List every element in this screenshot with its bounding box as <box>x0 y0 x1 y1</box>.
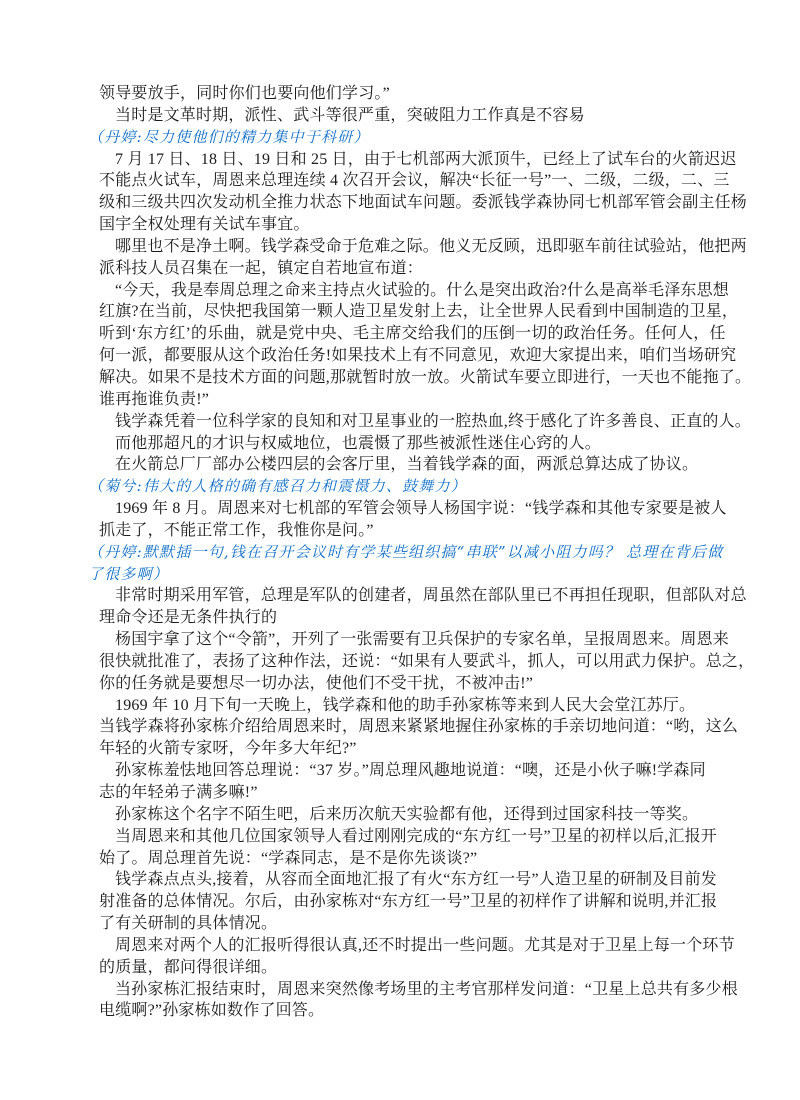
text-line: 你的任务就是要想尽一切办法，使他们不受干扰，不被冲击!” <box>99 673 759 695</box>
text-line: 7 月 17 日、18 日、19 日和 25 日，由于七机部两大派顶牛，已经上了… <box>99 149 759 171</box>
text-line: 非常时期采用军管，总理是军队的创建者，周虽然在部队里已不再担任现职，但部队对总 <box>99 585 759 607</box>
text-line: 孙家栋羞怯地回答总理说：“37 岁。”周总理风趣地说道：“噢，还是小伙子嘛!学森… <box>99 760 759 782</box>
text-line: 国宇全权处理有关试车事宜。 <box>99 214 759 236</box>
text-line: 志的年轻弟子满多嘛!” <box>99 782 759 804</box>
text-line: 年轻的火箭专家呀，今年多大年纪?” <box>99 738 759 760</box>
text-line: 理命令还是无条件执行的 <box>99 607 759 629</box>
annotation-line: （丹婷:默默插一句,钱在召开会议时有学某些组织搞“串联”以减小阻力吗？ 总理在背… <box>88 542 759 564</box>
document-page: 领导要放手，同时你们也要向他们学习。”当时是文革时期，派性、武斗等很严重，突破阻… <box>0 0 800 1100</box>
text-line: 始了。周总理首先说：“学森同志，是不是你先谈谈?” <box>99 848 759 870</box>
text-line: 钱学森点点头,接着，从容而全面地汇报了有火“东方红一号”人造卫星的研制及目前发 <box>99 869 759 891</box>
annotation-line: （丹婷:尽力使他们的精力集中于科研） <box>88 127 759 149</box>
text-line: “今天，我是奉周总理之命来主持点火试验的。什么是突出政治?什么是高举毛泽东思想 <box>99 280 759 302</box>
text-line: 1969 年 8 月。周恩来对七机部的军管会领导人杨国宇说：“钱学森和其他专家要… <box>99 498 759 520</box>
text-line: 抓走了，不能正常工作，我惟你是问。” <box>99 520 759 542</box>
text-line: 当孙家栋汇报结束时，周恩来突然像考场里的主考官那样发问道：“卫星上总共有多少根 <box>99 979 759 1001</box>
text-line: 了有关研制的具体情况。 <box>99 913 759 935</box>
text-line: 杨国宇拿了这个“令箭”，开列了一张需要有卫兵保护的专家名单，呈报周恩来。周恩来 <box>99 629 759 651</box>
text-line: 射准备的总体情况。尔后，由孙家栋对“东方红一号”卫星的初样作了讲解和说明,并汇报 <box>99 891 759 913</box>
text-line: 当钱学森将孙家栋介绍给周恩来时，周恩来紧紧地握住孙家栋的手亲切地问道：“哟，这么 <box>99 716 759 738</box>
text-line: 谁再拖谁负责!” <box>99 389 759 411</box>
text-line: 的质量，都问得很详细。 <box>99 957 759 979</box>
text-line: 派科技人员召集在一起，镇定自若地宣布道： <box>99 258 759 280</box>
text-line: 听到‘东方红’的乐曲，就是党中央、毛主席交给我们的压倒一切的政治任务。任何人，任 <box>99 323 759 345</box>
document-body: 领导要放手，同时你们也要向他们学习。”当时是文革时期，派性、武斗等很严重，突破阻… <box>99 83 759 1022</box>
text-line: 在火箭总厂厂部办公楼四层的会客厅里，当着钱学森的面，两派总算达成了协议。 <box>99 454 759 476</box>
annotation-line: 了很多啊） <box>88 564 759 586</box>
text-line: 而他那超凡的才识与权威地位，也震慑了那些被派性迷住心窍的人。 <box>99 433 759 455</box>
text-line: 周恩来对两个人的汇报听得很认真,还不时提出一些问题。尤其是对于卫星上每一个环节 <box>99 935 759 957</box>
text-line: 级和三级共四次发动机全推力状态下地面试车问题。委派钱学森协同七机部军管会副主任杨 <box>99 192 759 214</box>
text-line: 当周恩来和其他几位国家领导人看过刚刚完成的“东方红一号”卫星的初样以后,汇报开 <box>99 826 759 848</box>
text-line: 孙家栋这个名字不陌生吧，后来历次航天实验都有他，还得到过国家科技一等奖。 <box>99 804 759 826</box>
text-line: 不能点火试车，周恩来总理连续 4 次召开会议，解决“长征一号”一、二级，二级，二… <box>99 170 759 192</box>
text-line: 钱学森凭着一位科学家的良知和对卫星事业的一腔热血,终于感化了许多善良、正直的人。 <box>99 411 759 433</box>
text-line: 很快就批准了，表扬了这种作法，还说：“如果有人要武斗，抓人，可以用武力保护。总之… <box>99 651 759 673</box>
text-line: 1969 年 10 月下旬一天晚上，钱学森和他的助手孙家栋等来到人民大会堂江苏厅… <box>99 695 759 717</box>
text-line: 解决。如果不是技术方面的问题,那就暂时放一放。火箭试车要立即进行，一天也不能拖了… <box>99 367 759 389</box>
text-line: 何一派，都要服从这个政治任务!如果技术上有不同意见，欢迎大家提出来，咱们当场研究 <box>99 345 759 367</box>
text-line: 红旗?在当前，尽快把我国第一颗人造卫星发射上去，让全世界人民看到中国制造的卫星， <box>99 301 759 323</box>
annotation-line: （菊兮:伟大的人格的确有感召力和震慑力、鼓舞力） <box>88 476 759 498</box>
text-line: 当时是文革时期，派性、武斗等很严重，突破阻力工作真是不容易 <box>99 105 759 127</box>
text-line: 哪里也不是净土啊。钱学森受命于危难之际。他义无反顾，迅即驱车前往试验站，他把两 <box>99 236 759 258</box>
text-line: 电缆啊?”孙家栋如数作了回答。 <box>99 1000 759 1022</box>
text-line: 领导要放手，同时你们也要向他们学习。” <box>99 83 759 105</box>
